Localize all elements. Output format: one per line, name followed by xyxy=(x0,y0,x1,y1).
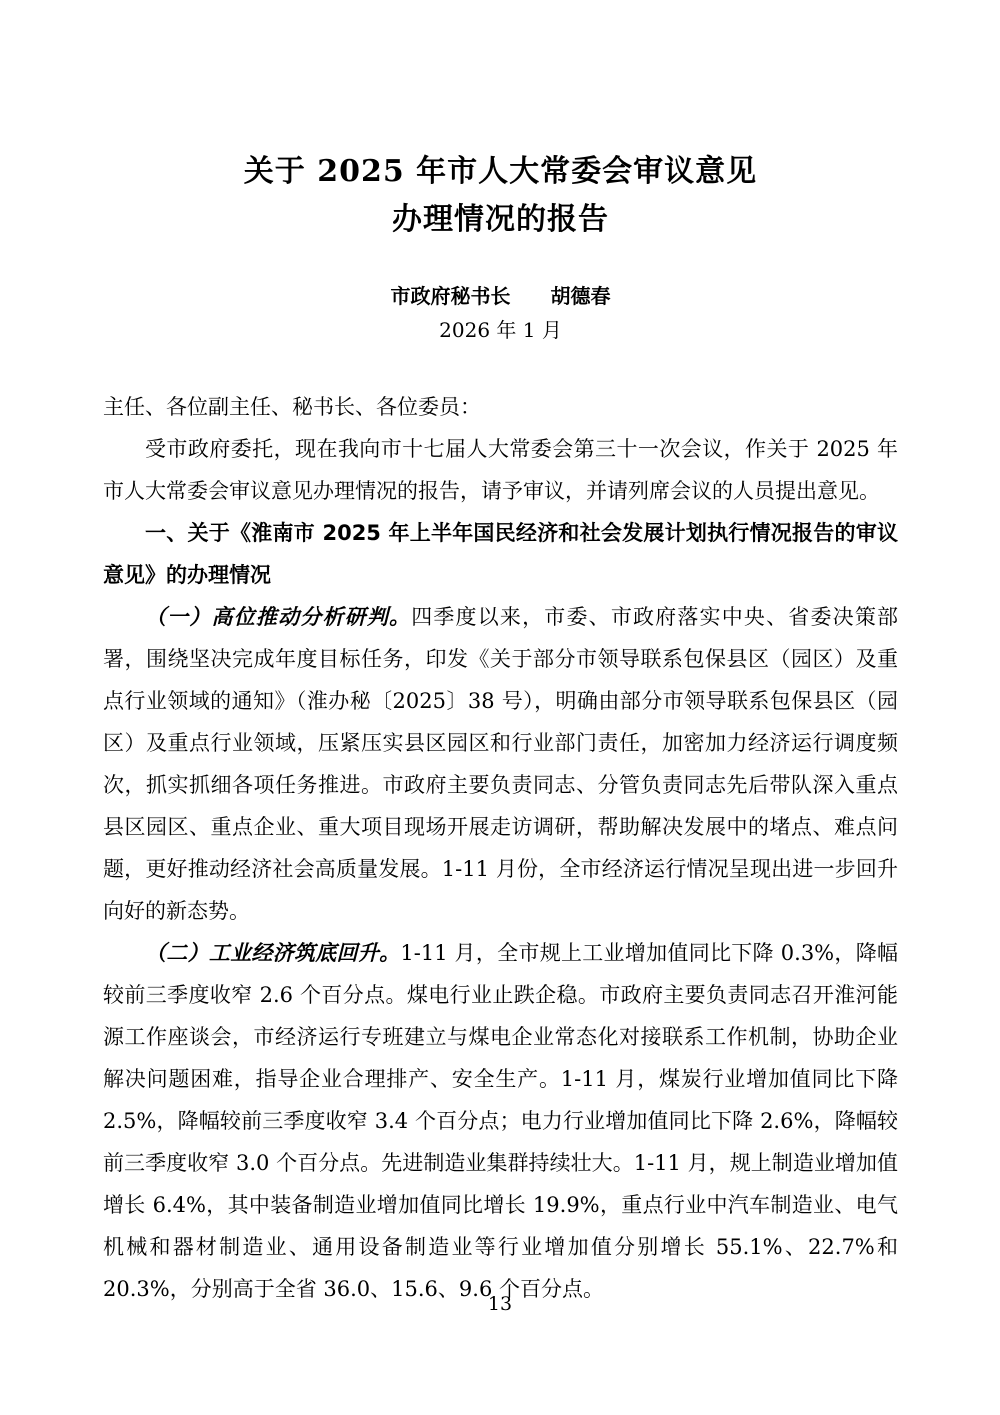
document-body: 主任、各位副主任、秘书长、各位委员： 受市政府委托，现在我向市十七届人大常委会第… xyxy=(103,386,898,1310)
author-line: 市政府秘书长 胡德春 xyxy=(103,284,898,308)
paragraph-2-text: 1-11 月，全市规上工业增加值同比下降 0.3%，降幅较前三季度收窄 2.6 … xyxy=(103,941,898,1301)
page-number: 13 xyxy=(0,1293,1000,1315)
paragraph-2-lead: （二）工业经济筑底回升。 xyxy=(145,940,400,965)
salutation: 主任、各位副主任、秘书长、各位委员： xyxy=(103,386,898,428)
document-title-line1: 关于 2025 年市人大常委会审议意见 xyxy=(103,148,898,196)
date-line: 2026 年 1 月 xyxy=(103,318,898,342)
paragraph-1: （一）高位推动分析研判。四季度以来，市委、市政府落实中央、省委决策部署，围绕坚决… xyxy=(103,596,898,932)
document-title-line2: 办理情况的报告 xyxy=(103,196,898,244)
paragraph-1-lead: （一）高位推动分析研判。 xyxy=(145,604,411,629)
intro-paragraph: 受市政府委托，现在我向市十七届人大常委会第三十一次会议，作关于 2025 年市人… xyxy=(103,428,898,512)
paragraph-2: （二）工业经济筑底回升。1-11 月，全市规上工业增加值同比下降 0.3%，降幅… xyxy=(103,932,898,1310)
document-title: 关于 2025 年市人大常委会审议意见 办理情况的报告 xyxy=(103,148,898,244)
document-page: 关于 2025 年市人大常委会审议意见 办理情况的报告 市政府秘书长 胡德春 2… xyxy=(0,0,1000,1415)
section-1-heading: 一、关于《淮南市 2025 年上半年国民经济和社会发展计划执行情况报告的审议意见… xyxy=(103,512,898,596)
paragraph-1-text: 四季度以来，市委、市政府落实中央、省委决策部署，围绕坚决完成年度目标任务，印发《… xyxy=(103,605,898,923)
